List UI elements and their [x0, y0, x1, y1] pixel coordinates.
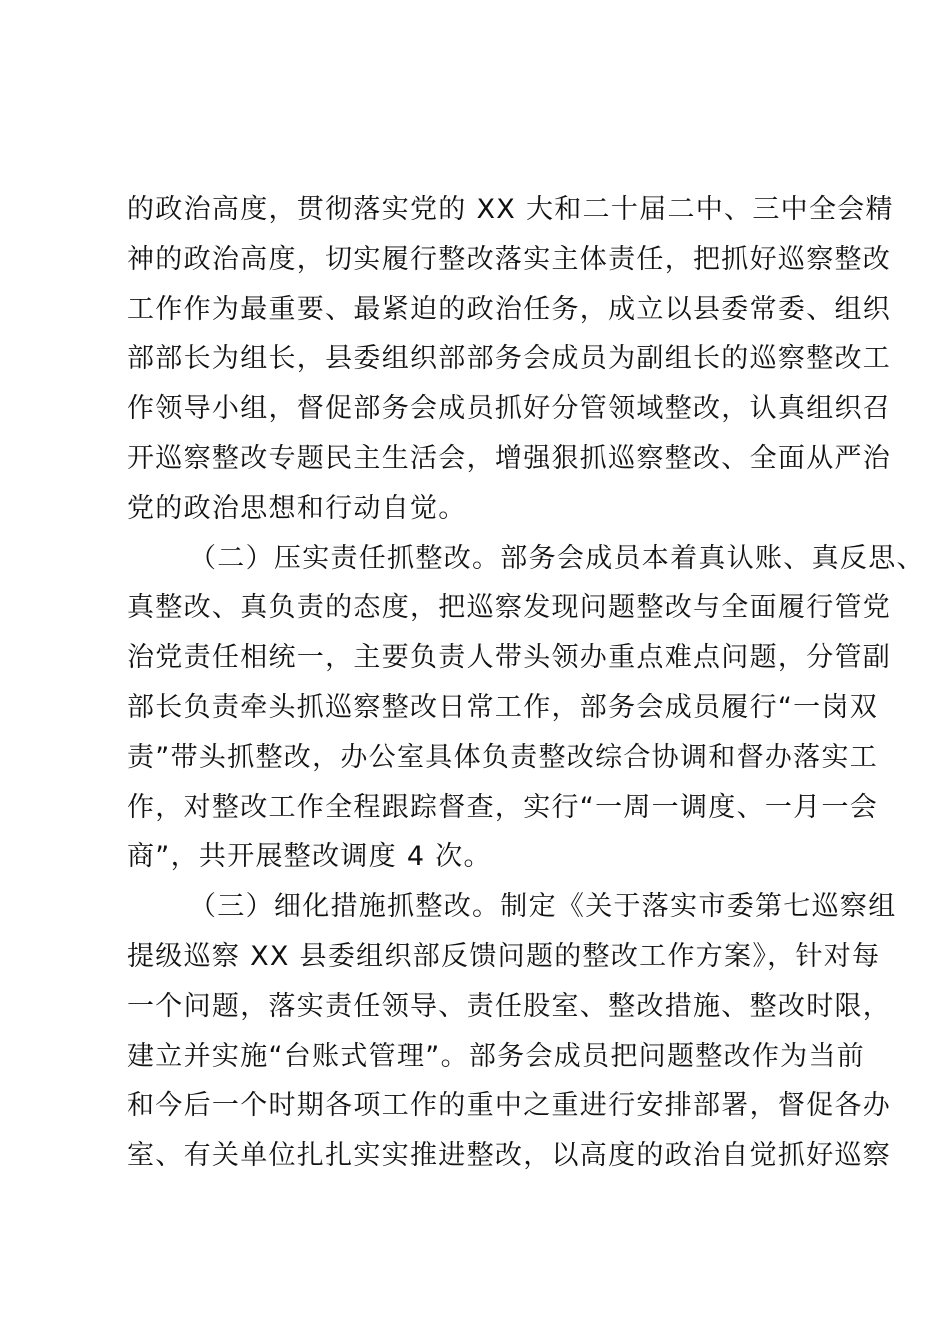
text-line: 的政治高度，贯彻落实党的 XX 大和二十届二中、三中全会精	[127, 185, 837, 235]
text-line: 部部长为组长，县委组织部部务会成员为副组长的巡察整改工	[127, 334, 837, 384]
text-line: 治党责任相统一，主要负责人带头领办重点难点问题，分管副	[127, 633, 837, 683]
text-line: 和今后一个时期各项工作的重中之重进行安排部署，督促各办	[127, 1081, 837, 1131]
paragraph-2: （二）压实责任抓整改。部务会成员本着真认账、真反思、 真整改、真负责的态度，把巡…	[127, 534, 837, 883]
text-line: 工作作为最重要、最紧迫的政治任务，成立以县委常委、组织	[127, 285, 837, 335]
section-heading-line: （三）细化措施抓整改。制定《关于落实市委第七巡察组	[127, 882, 837, 932]
document-page: 的政治高度，贯彻落实党的 XX 大和二十届二中、三中全会精 神的政治高度，切实履…	[0, 0, 950, 1344]
text-line: 商”，共开展整改调度 4 次。	[127, 832, 837, 882]
text-line: 神的政治高度，切实履行整改落实主体责任，把抓好巡察整改	[127, 235, 837, 285]
section-heading-line: （二）压实责任抓整改。部务会成员本着真认账、真反思、	[127, 534, 837, 584]
text-line: 党的政治思想和行动自觉。	[127, 484, 837, 534]
paragraph-3: （三）细化措施抓整改。制定《关于落实市委第七巡察组 提级巡察 XX 县委组织部反…	[127, 882, 837, 1181]
document-body: 的政治高度，贯彻落实党的 XX 大和二十届二中、三中全会精 神的政治高度，切实履…	[127, 185, 837, 1181]
paragraph-1: 的政治高度，贯彻落实党的 XX 大和二十届二中、三中全会精 神的政治高度，切实履…	[127, 185, 837, 534]
text-line: 开巡察整改专题民主生活会，增强狠抓巡察整改、全面从严治	[127, 434, 837, 484]
text-line: 真整改、真负责的态度，把巡察发现问题整改与全面履行管党	[127, 583, 837, 633]
text-line: 作，对整改工作全程跟踪督查，实行“一周一调度、一月一会	[127, 783, 837, 833]
text-line: 部长负责牵头抓巡察整改日常工作，部务会成员履行“一岗双	[127, 683, 837, 733]
text-line: 室、有关单位扎扎实实推进整改，以高度的政治自觉抓好巡察	[127, 1131, 837, 1181]
text-line: 作领导小组，督促部务会成员抓好分管领域整改，认真组织召	[127, 384, 837, 434]
text-line: 责”带头抓整改，办公室具体负责整改综合协调和督办落实工	[127, 733, 837, 783]
text-line: 提级巡察 XX 县委组织部反馈问题的整改工作方案》，针对每	[127, 932, 837, 982]
text-line: 建立并实施“台账式管理”。部务会成员把问题整改作为当前	[127, 1032, 837, 1082]
text-line: 一个问题，落实责任领导、责任股室、整改措施、整改时限，	[127, 982, 837, 1032]
